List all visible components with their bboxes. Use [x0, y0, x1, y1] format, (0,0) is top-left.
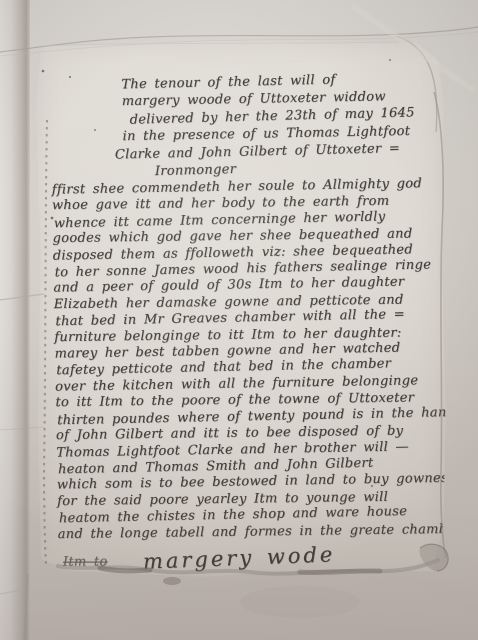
will-body: ffirst shee commendeth her soule to Allm…: [52, 176, 462, 544]
will-heading: The tenour of the last will of margery w…: [121, 70, 414, 181]
will-paper-fragment: The tenour of the last will of margery w…: [35, 39, 447, 580]
book-gutter-edge: [0, 0, 30, 640]
struck-text: Itm to: [63, 554, 108, 569]
manuscript-photo: The tenour of the last will of margery w…: [0, 0, 478, 640]
signature-line: Itm to margery wode: [63, 546, 336, 571]
testator-signature: margery wode: [143, 542, 336, 573]
